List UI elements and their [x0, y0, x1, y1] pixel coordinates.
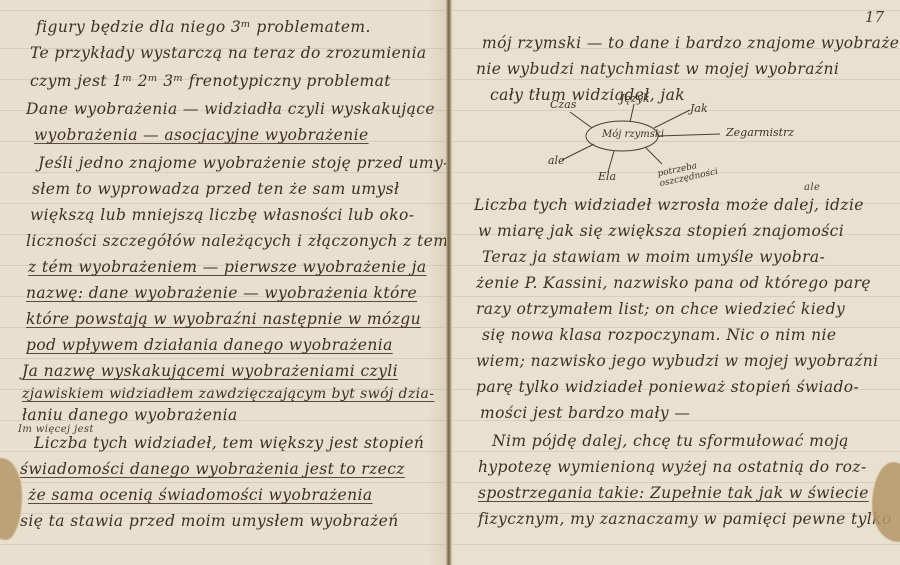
left-line-2: Te przykłady wystarczą na teraz do zrozu…	[30, 44, 427, 62]
right-line-14: hypotezę wymienioną wyżej na ostatnią do…	[478, 458, 867, 476]
left-line-14: Ja nazwę wyskakującemi wyobrażeniami czy…	[22, 362, 398, 380]
diagram-node-zegarmistrz: Zegarmistrz	[726, 126, 794, 139]
page-number: 17	[865, 8, 884, 26]
manuscript-spread: figury będzie dla niego 3ᵐ problematem. …	[0, 0, 900, 565]
left-line-15: zjawiskiem widziadłem zawdzięczającym by…	[22, 386, 434, 402]
water-stain-right	[872, 462, 900, 542]
diagram-node-czas: Czas	[550, 98, 576, 111]
left-line-19: że sama ocenią świadomości wyobrażenia	[28, 486, 373, 504]
diagram-node-jak: Jak	[690, 102, 708, 115]
interlinear-note: ale	[804, 182, 820, 193]
right-line-1: mój rzymski — to dane i bardzo znajome w…	[482, 34, 900, 52]
right-line-13: Nim pójdę dalej, chcę tu sformułować moj…	[492, 432, 849, 450]
right-line-10: wiem; nazwisko jego wybudzi w mojej wyob…	[476, 352, 879, 370]
left-line-11: nazwę: dane wyobrażenie — wyobrażenia kt…	[26, 284, 417, 302]
left-line-10: z tém wyobrażeniem — pierwsze wyobrażeni…	[28, 258, 426, 276]
left-line-13: pod wpływem działania danego wyobrażenia	[26, 336, 393, 354]
left-line-12: które powstają w wyobraźni następnie w m…	[26, 310, 421, 328]
left-line-17: Liczba tych widziadeł, tem większy jest …	[34, 434, 424, 452]
left-line-5: wyobrażenia — asocjacyjne wyobrażenie	[34, 126, 369, 144]
right-line-15: spostrzegania takie: Zupełnie tak jak w …	[478, 484, 869, 502]
gutter-shadow	[428, 0, 446, 565]
left-line-7: słem to wyprowadza przed ten że sam umys…	[32, 180, 399, 198]
left-line-6: Jeśli jedno znajome wyobrażenie stoję pr…	[38, 154, 446, 172]
right-line-8: razy otrzymałem list; on chce wiedzieć k…	[476, 300, 845, 318]
association-diagram: Mój rzymski Czas Język Jak Zegarmistrz a…	[550, 92, 790, 192]
left-line-18: świadomości danego wyobrażenia jest to r…	[20, 460, 405, 478]
diagram-node-jezyk: Język	[620, 92, 650, 105]
left-line-16: łaniu danego wyobrażenia	[22, 406, 238, 424]
left-line-8: większą lub mniejszą liczbę własności lu…	[30, 206, 414, 224]
right-line-12: mości jest bardzo mały —	[480, 404, 690, 422]
left-line-9: liczności szczegółów należących i złączo…	[26, 232, 446, 250]
right-line-7: żenie P. Kassini, nazwisko pana od które…	[476, 274, 871, 292]
left-page: figury będzie dla niego 3ᵐ problematem. …	[0, 0, 446, 565]
diagram-node-ela: Ela	[598, 170, 616, 183]
right-line-16: fizycznym, my zaznaczamy w pamięci pewne…	[478, 510, 892, 528]
right-line-2: nie wybudzi natychmiast w mojej wyobraźn…	[476, 60, 839, 78]
left-line-3: czym jest 1ᵐ 2ᵐ 3ᵐ frenotypiczny problem…	[30, 72, 391, 90]
right-line-5: w miarę jak się zwiększa stopień znajomo…	[478, 222, 844, 240]
diagram-node-ale: ale	[548, 154, 565, 167]
left-line-20: się ta stawia przed moim umysłem wyobraż…	[20, 512, 399, 530]
water-stain-left	[0, 458, 22, 540]
left-line-4: Dane wyobrażenia — widziadła czyli wyska…	[26, 100, 435, 118]
diagram-center-label: Mój rzymski	[602, 129, 664, 140]
left-line-1: figury będzie dla niego 3ᵐ problematem.	[36, 18, 371, 36]
right-line-11: parę tylko widziadeł ponieważ stopień św…	[476, 378, 859, 396]
right-line-6: Teraz ja stawiam w moim umyśle wyobra-	[482, 248, 825, 266]
right-page: 17 mój rzymski — to dane i bardzo znajom…	[452, 0, 900, 565]
right-line-4: Liczba tych widziadeł wzrosła może dalej…	[474, 196, 864, 214]
right-line-9: się nowa klasa rozpoczynam. Nic o nim ni…	[482, 326, 836, 344]
